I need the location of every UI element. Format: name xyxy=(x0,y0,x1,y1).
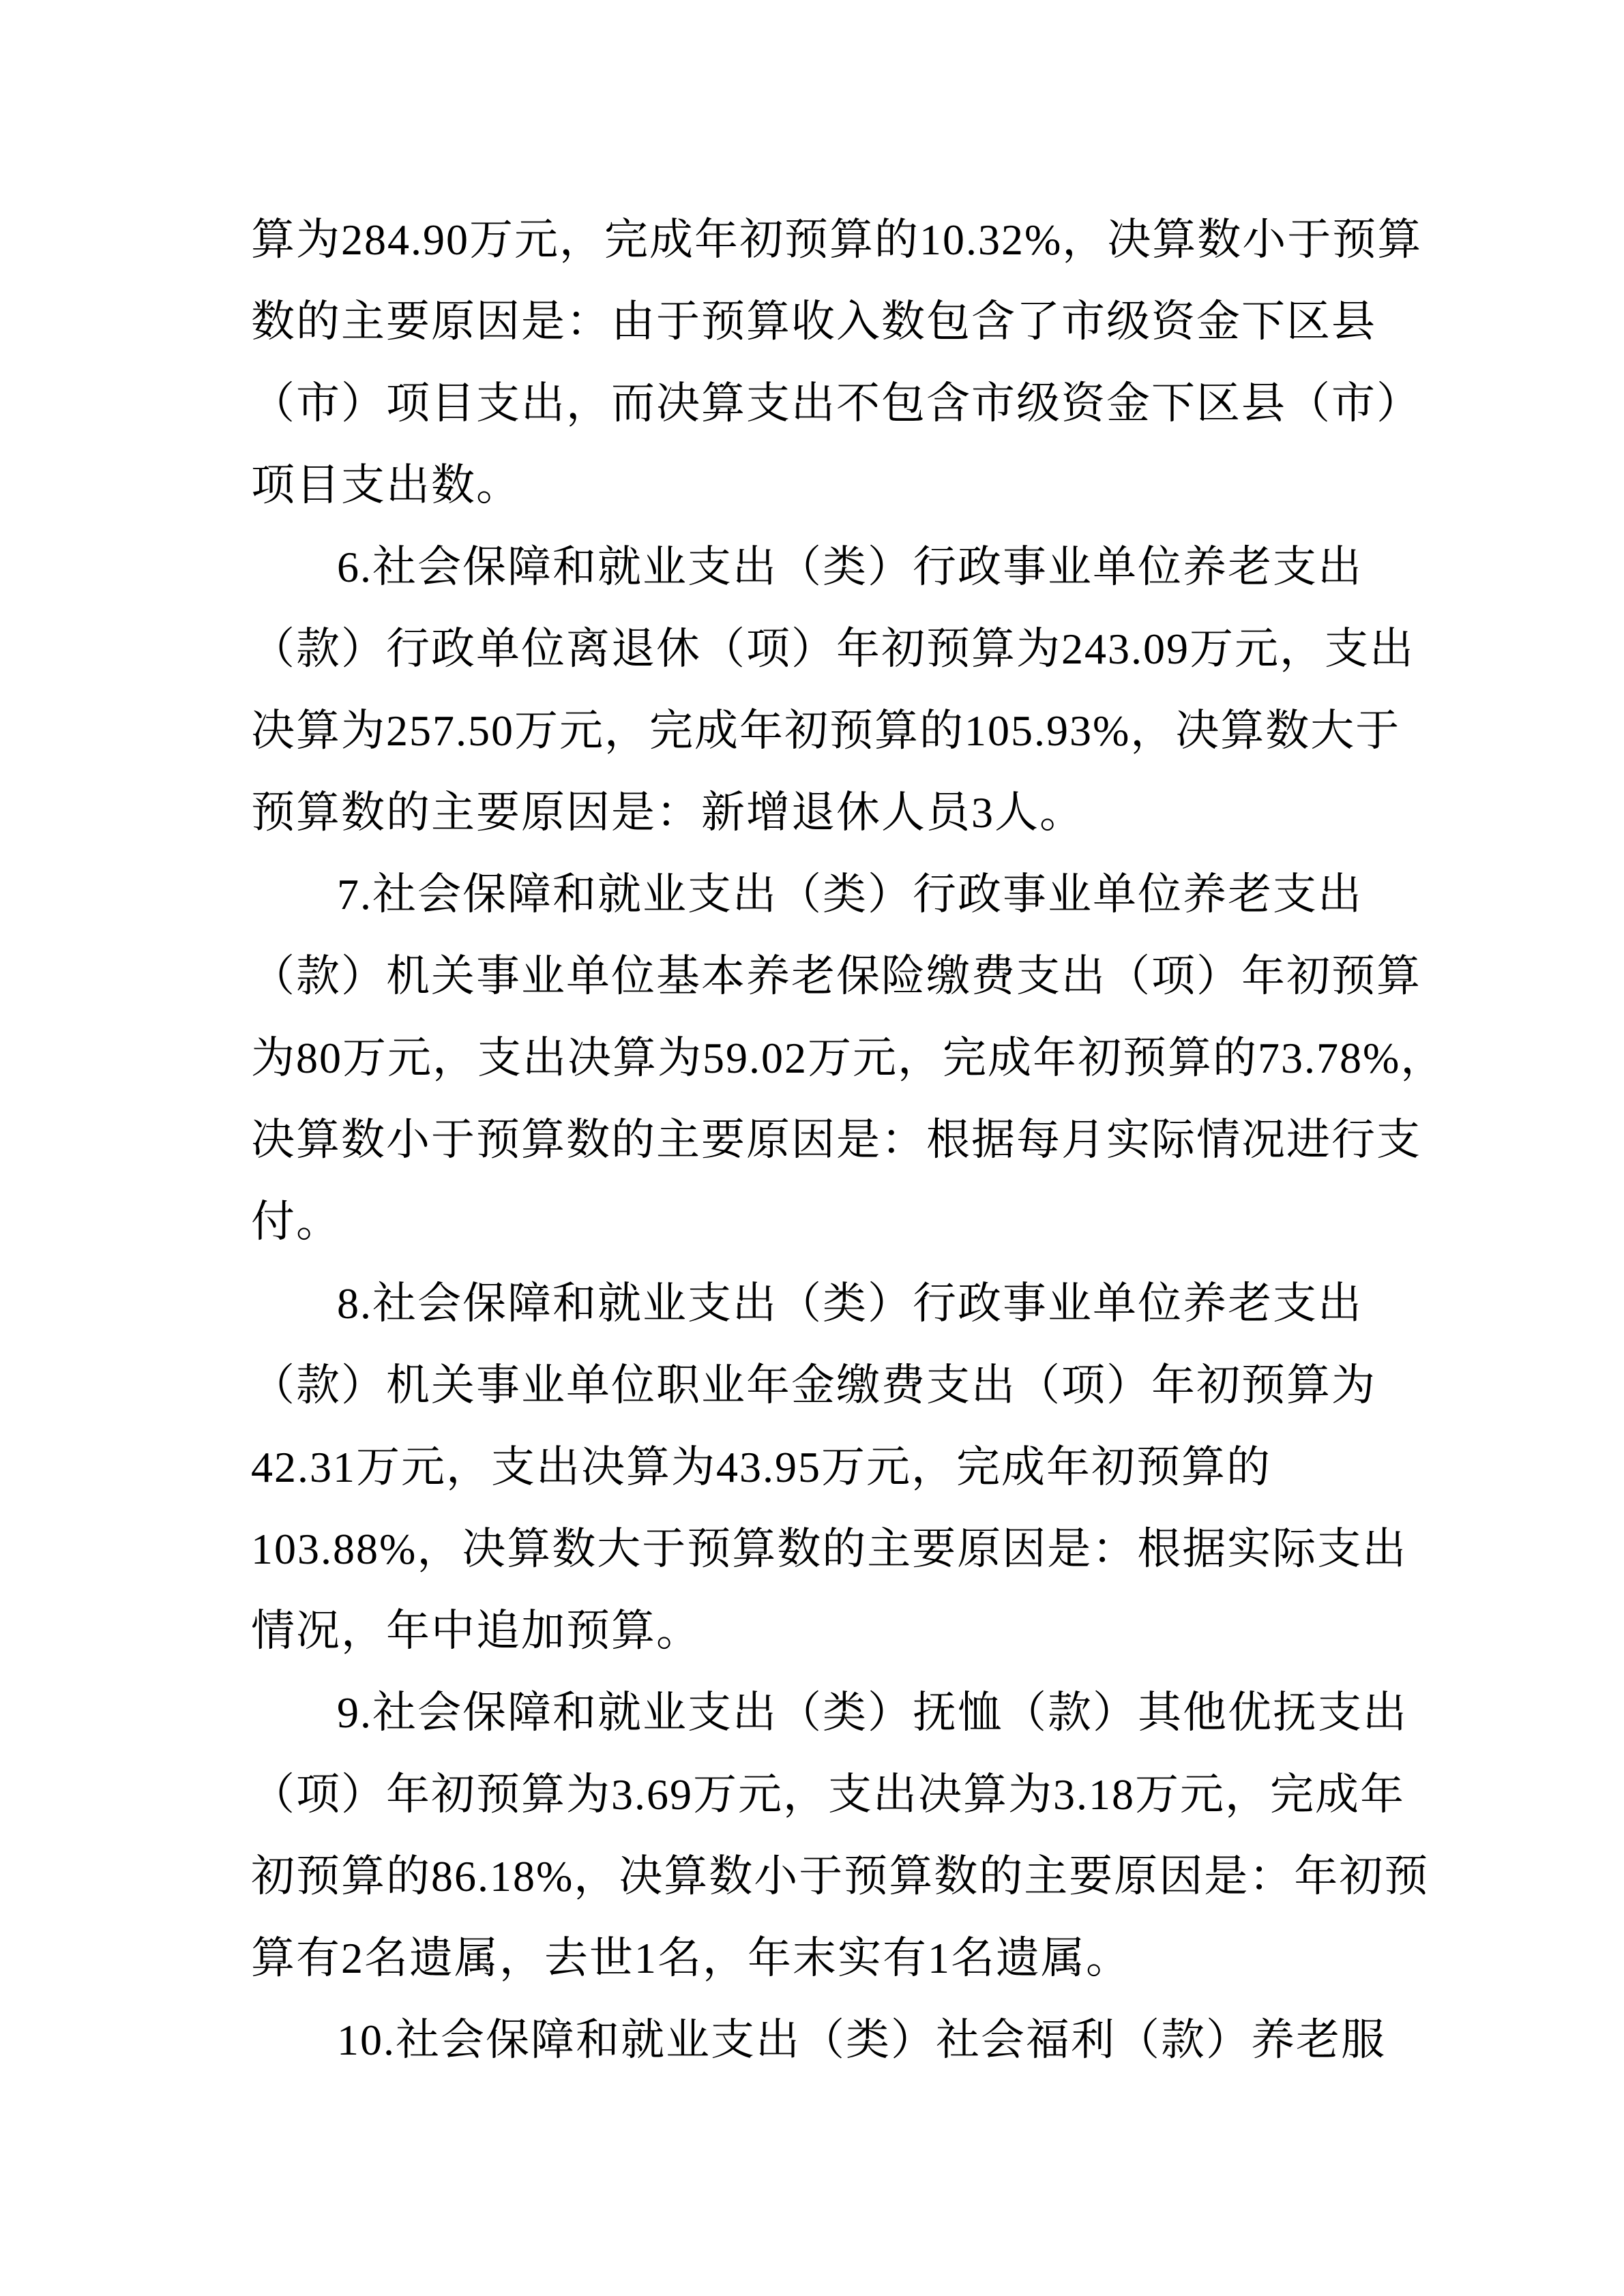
text-line: 数的主要原因是：由于预算收入数包含了市级资金下区县 xyxy=(251,281,1397,363)
paragraph-item-8: 8.社会保障和就业支出（类）行政事业单位养老支出 （款）机关事业单位职业年金缴费… xyxy=(251,1263,1397,1672)
text-line: 8.社会保障和就业支出（类）行政事业单位养老支出 xyxy=(251,1263,1397,1345)
text-line: 算为284.90万元，完成年初预算的10.32%，决算数小于预算 xyxy=(251,199,1397,281)
document-page: 算为284.90万元，完成年初预算的10.32%，决算数小于预算 数的主要原因是… xyxy=(251,199,1397,2081)
text-line: （款）机关事业单位基本养老保险缴费支出（项）年初预算 xyxy=(251,936,1397,1017)
text-line: 项目支出数。 xyxy=(251,445,1397,526)
text-line: （款）行政单位离退休（项）年初预算为243.09万元，支出 xyxy=(251,608,1397,690)
text-line: 初预算的86.18%，决算数小于预算数的主要原因是：年初预 xyxy=(251,1836,1397,1918)
text-line: 6.社会保障和就业支出（类）行政事业单位养老支出 xyxy=(251,526,1397,608)
text-line: 10.社会保障和就业支出（类）社会福利（款）养老服 xyxy=(251,1999,1397,2081)
text-line: （市）项目支出，而决算支出不包含市级资金下区县（市） xyxy=(251,363,1397,445)
paragraph-item-10: 10.社会保障和就业支出（类）社会福利（款）养老服 xyxy=(251,1999,1397,2081)
text-line: 决算为257.50万元，完成年初预算的105.93%，决算数大于 xyxy=(251,690,1397,772)
paragraph-continuation: 算为284.90万元，完成年初预算的10.32%，决算数小于预算 数的主要原因是… xyxy=(251,199,1397,526)
text-line: 决算数小于预算数的主要原因是：根据每月实际情况进行支 xyxy=(251,1099,1397,1181)
text-line: 为80万元，支出决算为59.02万元，完成年初预算的73.78%， xyxy=(251,1017,1397,1099)
text-line: 42.31万元，支出决算为43.95万元，完成年初预算的 xyxy=(251,1427,1397,1508)
text-line: （款）机关事业单位职业年金缴费支出（项）年初预算为 xyxy=(251,1345,1397,1427)
text-line: 9.社会保障和就业支出（类）抚恤（款）其他优抚支出 xyxy=(251,1672,1397,1754)
text-line: （项）年初预算为3.69万元，支出决算为3.18万元，完成年 xyxy=(251,1754,1397,1836)
text-line: 情况，年中追加预算。 xyxy=(251,1590,1397,1672)
text-line: 7.社会保障和就业支出（类）行政事业单位养老支出 xyxy=(251,854,1397,936)
text-line: 预算数的主要原因是：新增退休人员3人。 xyxy=(251,772,1397,854)
text-line: 算有2名遗属，去世1名，年末实有1名遗属。 xyxy=(251,1918,1397,1999)
paragraph-item-7: 7.社会保障和就业支出（类）行政事业单位养老支出 （款）机关事业单位基本养老保险… xyxy=(251,854,1397,1263)
paragraph-item-6: 6.社会保障和就业支出（类）行政事业单位养老支出 （款）行政单位离退休（项）年初… xyxy=(251,526,1397,854)
text-line: 103.88%，决算数大于预算数的主要原因是：根据实际支出 xyxy=(251,1508,1397,1590)
paragraph-item-9: 9.社会保障和就业支出（类）抚恤（款）其他优抚支出 （项）年初预算为3.69万元… xyxy=(251,1672,1397,1999)
text-line: 付。 xyxy=(251,1181,1397,1263)
